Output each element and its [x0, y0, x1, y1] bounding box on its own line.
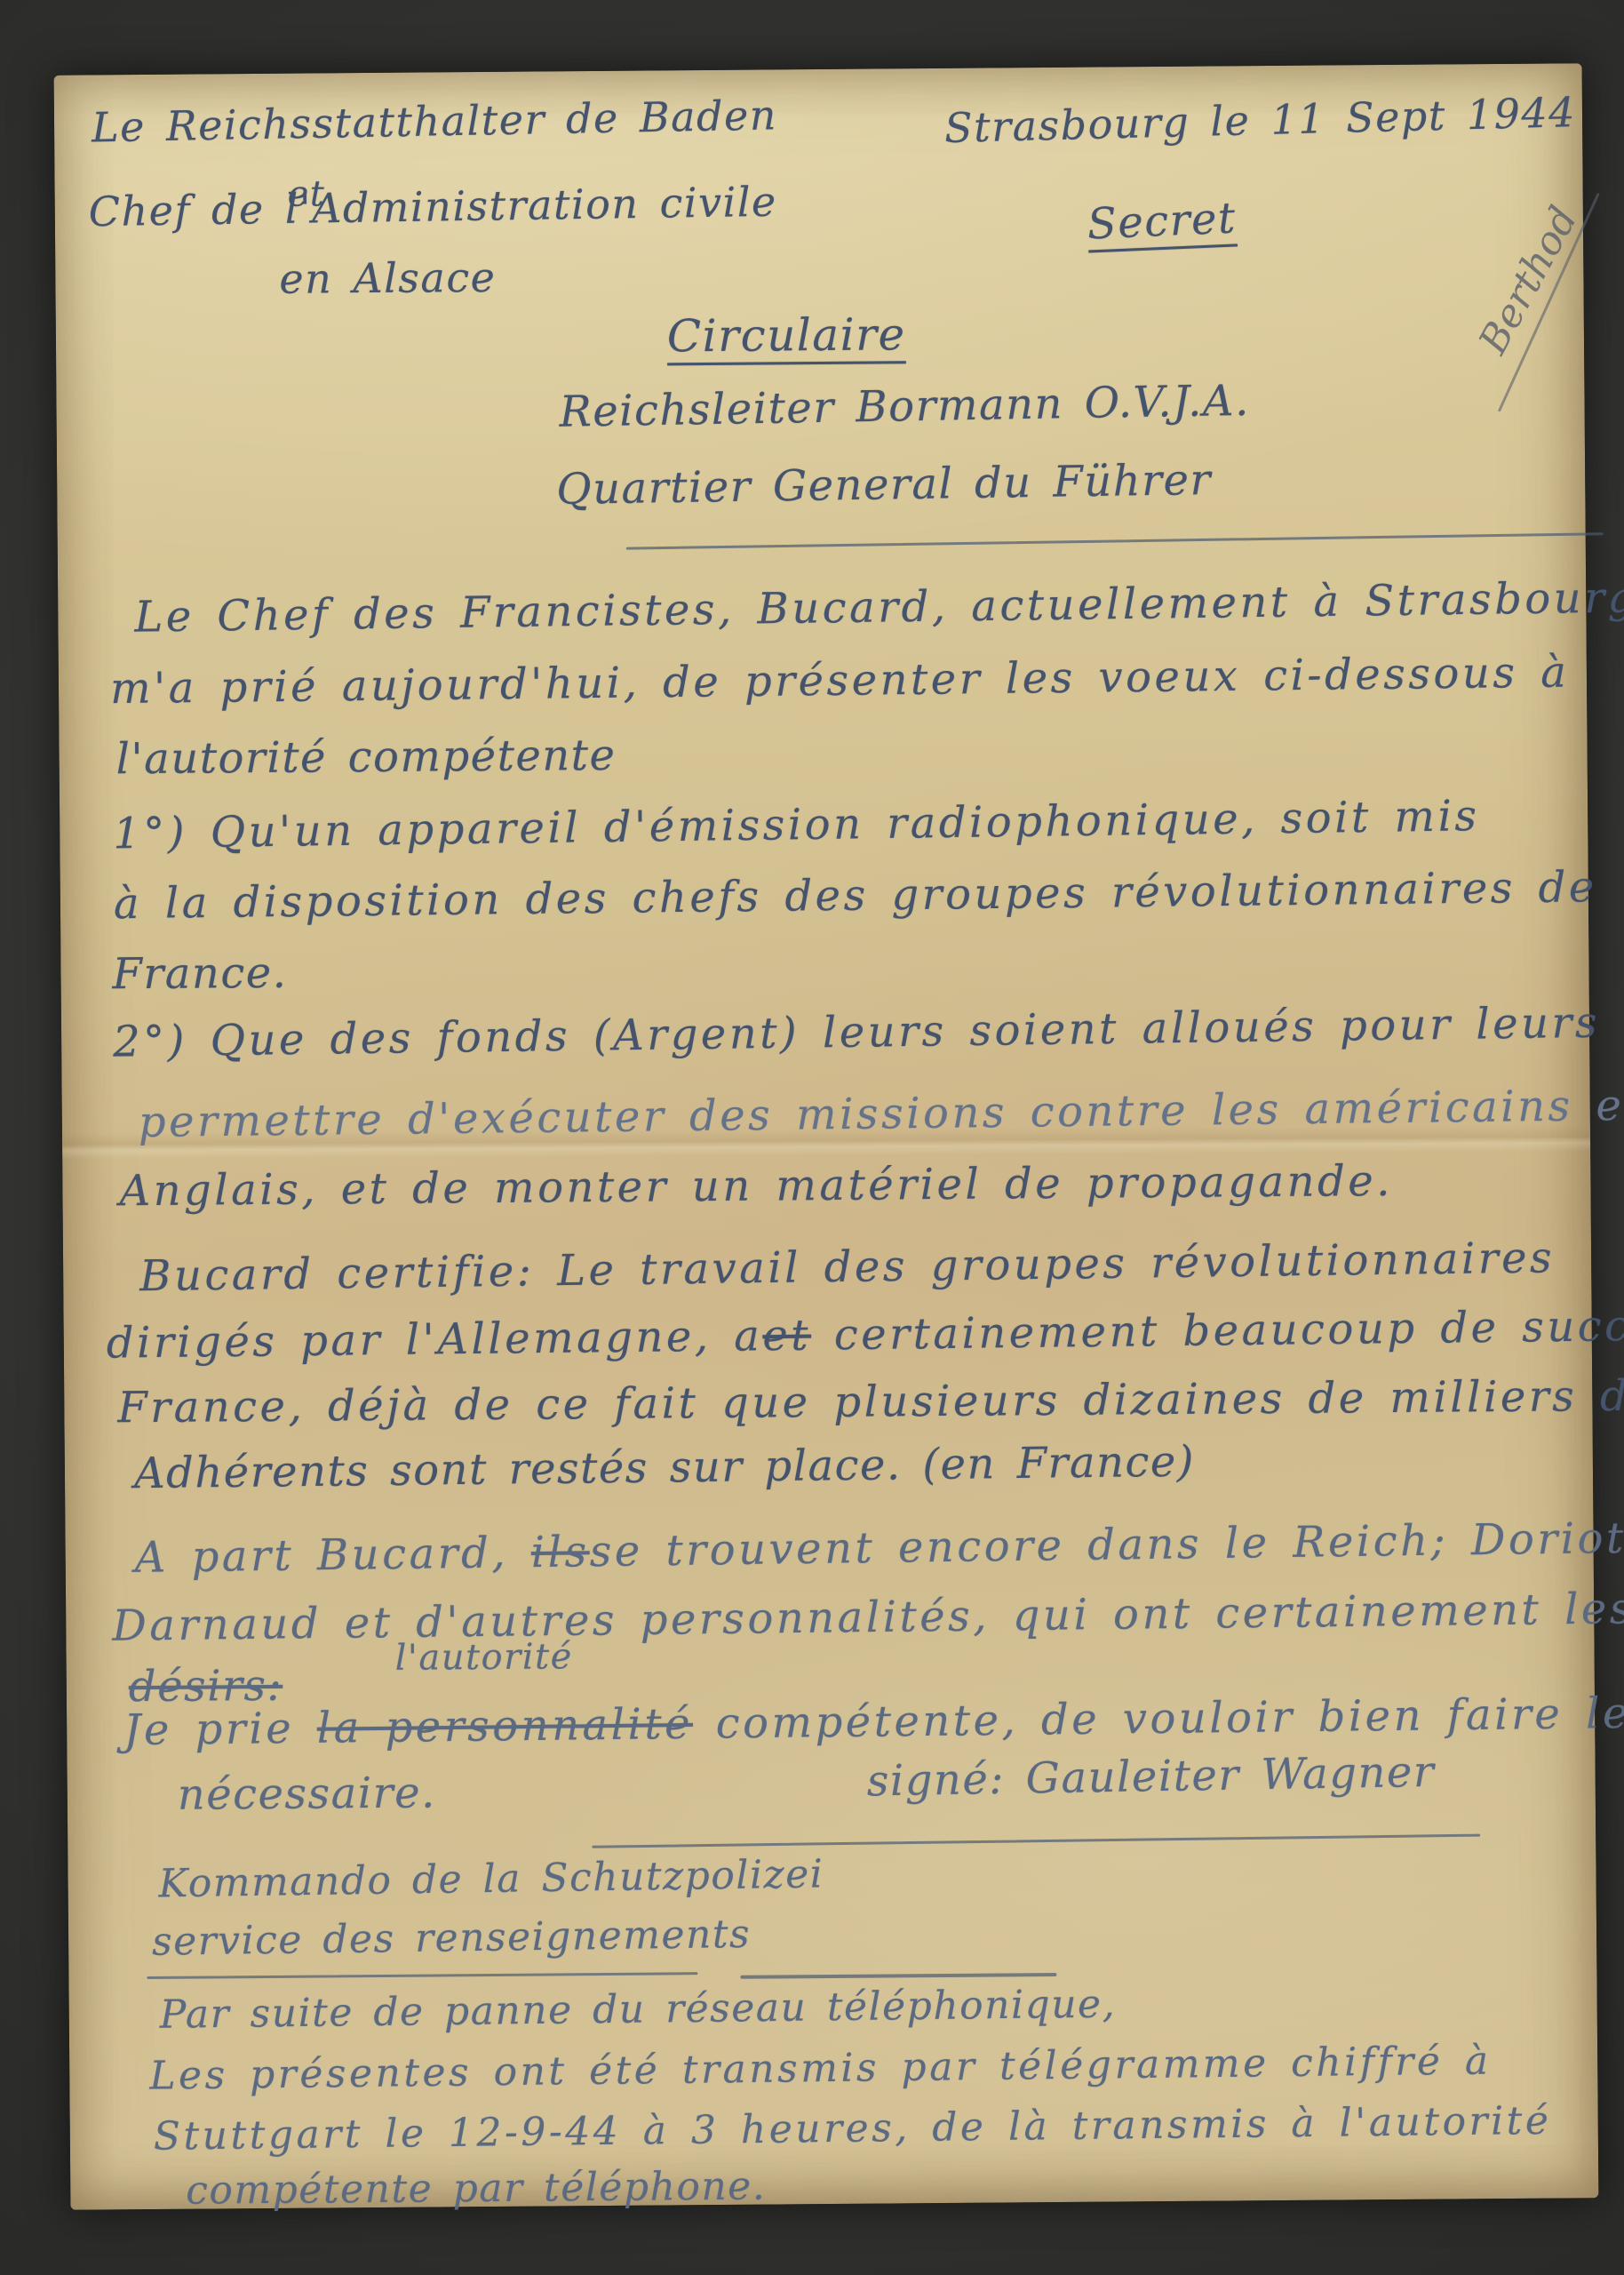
paragraph5-insertion-autorite: l'autorité — [394, 1637, 573, 1678]
addressee-line-2: Quartier General du Führer — [556, 457, 1212, 514]
point1-line3: France. — [112, 950, 287, 998]
margin-signature: Berthod — [1441, 145, 1617, 416]
paragraph4-line4: Adhérents sont restés sur place. (en Fra… — [134, 1439, 1196, 1497]
paragraph4-line2-struck-word: et — [762, 1311, 811, 1361]
date-line: Strasbourg le 11 Sept 1944 — [944, 90, 1577, 151]
paragraph1-line3: l'autorité compétente — [115, 732, 616, 783]
transmission-note-line-4: compétente par téléphone. — [186, 2166, 766, 2214]
signature-line: signé: Gauleiter Wagner — [866, 1749, 1435, 1805]
point2-line1: 2°) Que des fonds (Argent) leurs soient … — [113, 1000, 1601, 1066]
paragraph5-line1-text-b: se trouvent encore dans le Reich; Doriot… — [589, 1512, 1624, 1577]
point1-line2: à la disposition des chefs des groupes r… — [114, 864, 1597, 928]
addressee-underline — [626, 532, 1604, 549]
paragraph5-line1-struck-word: ils — [530, 1527, 590, 1577]
paragraph5-line4-text-b: compétente, de vouloir bien faire le — [693, 1688, 1624, 1749]
sender-line-2: Chef de l'Administration civile — [88, 180, 777, 235]
signature-underline — [592, 1834, 1480, 1848]
paragraph4-line1: Bucard certifie: Le travail des groupes … — [139, 1234, 1556, 1300]
point1-line1: 1°) Qu'un appareil d'émission radiophoni… — [113, 793, 1480, 858]
sender-line-1: Le Reichsstatthalter de Baden — [92, 92, 778, 150]
paragraph4-line2-text-a: dirigés par l'Allemagne, a — [106, 1311, 762, 1368]
addressee-line-1: Reichsleiter Bormann O.V.J.A. — [559, 378, 1250, 436]
classification-secret: Secret — [1087, 195, 1238, 248]
paragraph5-line4-text-a: Je prie — [123, 1704, 317, 1755]
document-page: Le Reichsstatthalter de Baden et Chef de… — [54, 63, 1599, 2209]
document-type-title: Circulaire — [667, 310, 906, 361]
unit-line-1: Kommando de la Schutzpolizei — [158, 1853, 824, 1905]
paragraph5-line5: nécessaire. — [178, 1769, 436, 1818]
point2-line3: Anglais, et de monter un matériel de pro… — [119, 1158, 1393, 1215]
unit-underline-left — [147, 1972, 697, 1979]
paragraph1-line1: Le Chef des Francistes, Bucard, actuelle… — [134, 574, 1624, 641]
paragraph5-line1: A part Bucard, ilsse trouvent encore dan… — [134, 1513, 1624, 1582]
transmission-note-line-1: Par suite de panne du réseau téléphoniqu… — [159, 1984, 1116, 2038]
photo-background: Le Reichsstatthalter de Baden et Chef de… — [0, 0, 1624, 2275]
paragraph5-line4: Je prie la personnalité compétente, de v… — [123, 1690, 1624, 1754]
paragraph4-line2: dirigés par l'Allemagne, aet certainemen… — [107, 1301, 1624, 1367]
paragraph5-line1-text-a: A part Bucard, — [134, 1528, 531, 1583]
unit-underline-right — [740, 1973, 1056, 1979]
transmission-note-line-3: Stuttgart le 12-9-44 à 3 heures, de là t… — [154, 2100, 1552, 2159]
paragraph4-line2-text-b: certainement beaucoup de succès en — [811, 1299, 1624, 1360]
paragraph5-line2: Darnaud et d'autres personnalités, qui o… — [112, 1584, 1624, 1650]
paragraph5-line4-struck-words: la personnalité — [316, 1699, 693, 1753]
paragraph1-line2: m'a prié aujourd'hui, de présenter les v… — [110, 650, 1570, 713]
paragraph4-line3: France, déjà de ce fait que plusieurs di… — [117, 1371, 1624, 1432]
transmission-note-line-2: Les présentes ont été transmis par télég… — [149, 2040, 1492, 2099]
unit-line-2: service des renseignements — [152, 1913, 752, 1964]
sender-line-3: en Alsace — [279, 255, 496, 302]
margin-signature-text: Berthod — [1470, 199, 1587, 362]
